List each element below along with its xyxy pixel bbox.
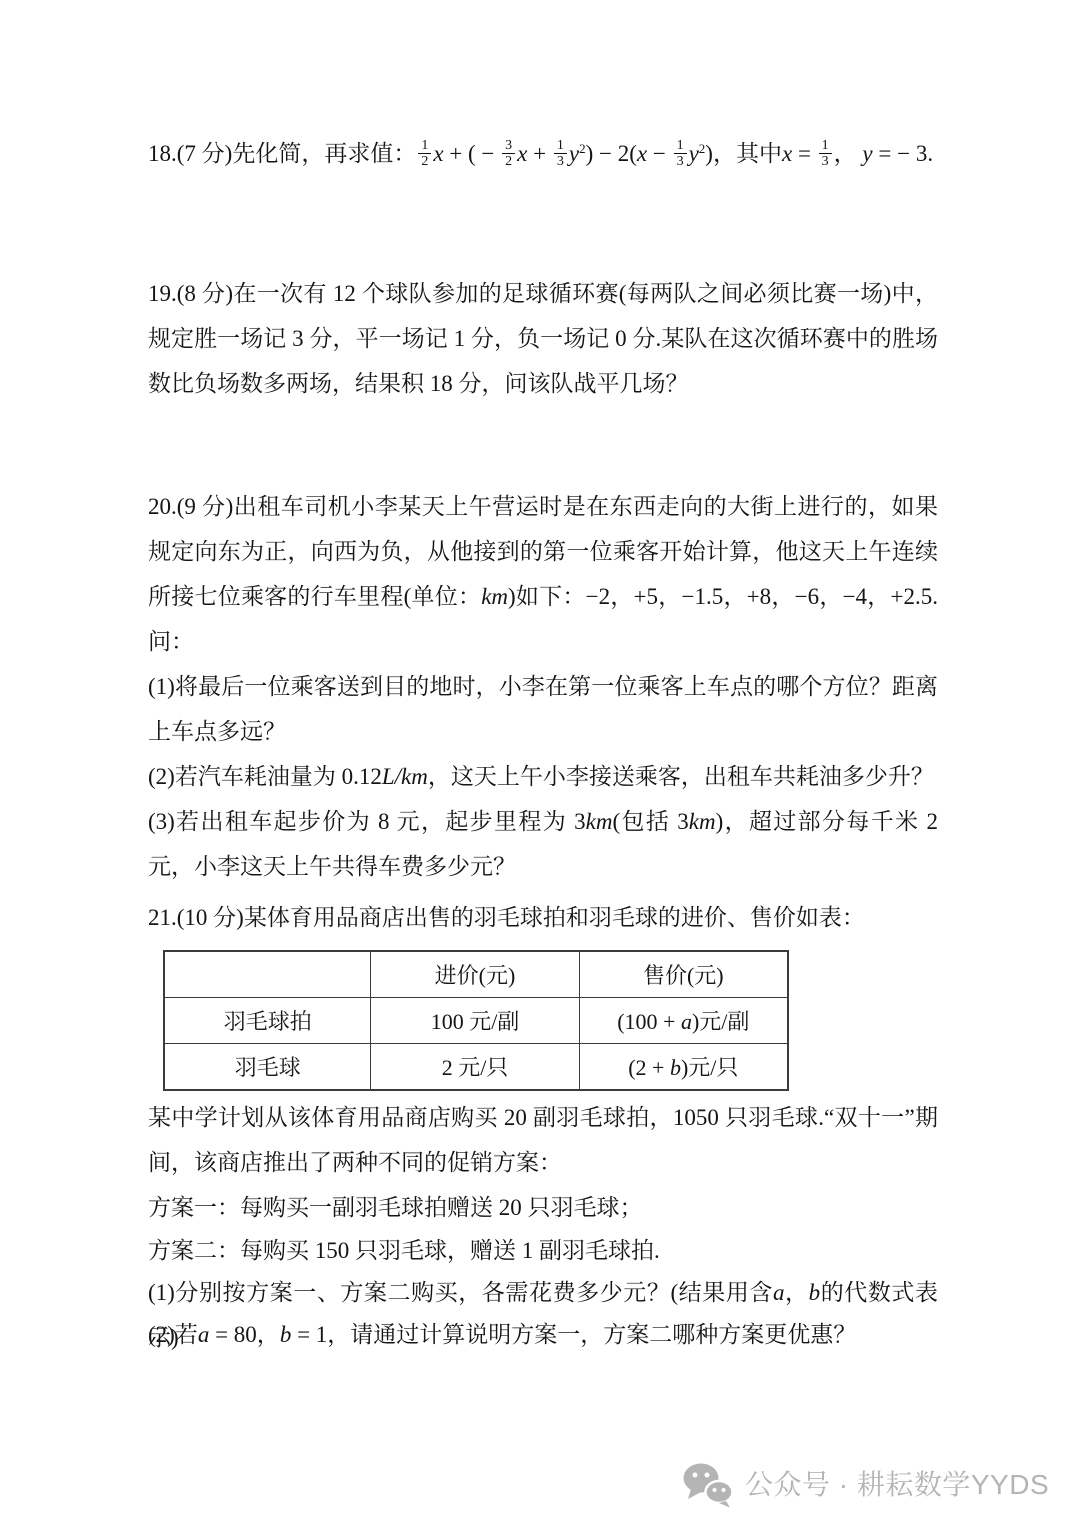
math-op: =: [792, 141, 816, 166]
table-header-row: 进价(元) 售价(元): [164, 951, 788, 998]
q20-part3: (3)若出租车起步价为 8 元，起步里程为 3km(包括 3km)，超过部分每千…: [148, 799, 938, 889]
math-var-km: km: [689, 809, 716, 834]
q21-part2: (2)若a = 80，b = 1，请通过计算说明方案一，方案二哪种方案更优惠？: [148, 1312, 938, 1357]
q20-part1-text: (1)将最后一位乘客送到目的地时，小李在第一位乘客上车点的哪个方位？距离上车点多…: [148, 674, 938, 744]
question-20: 20.(9 分)出租车司机小李某天上午营运时是在东西走向的大街上进行的，如果规定…: [148, 484, 938, 889]
math-var-a: a: [681, 1009, 692, 1034]
math-var-a: a: [198, 1322, 210, 1347]
math-op: ) − 2(: [586, 141, 637, 166]
footer-text: 公众号 · 耕耘数学YYDS: [745, 1462, 1049, 1508]
fraction-1-3: 13: [554, 138, 567, 170]
numerator: 3: [502, 138, 515, 154]
q21-part2-text: = 80，: [209, 1322, 279, 1347]
q21-plan1-text: 方案一：每购买一副羽毛球拍赠送 20 只羽毛球；: [148, 1195, 643, 1220]
math-var-x: x: [637, 141, 647, 166]
math-var-lkm: L/km: [382, 764, 428, 789]
row-shuttlecock-label: 羽毛球: [164, 1044, 371, 1091]
denominator: 2: [418, 153, 431, 170]
math-op: +: [527, 141, 551, 166]
q19-text: 19.(8 分)在一次有 12 个球队参加的足球循环赛(每两队之间必须比赛一场)…: [148, 281, 938, 396]
math-var-y: y: [689, 141, 699, 166]
fraction-1-3: 13: [674, 138, 687, 170]
table-row-shuttlecock: 羽毛球 2 元/只 (2 + b)元/只: [164, 1044, 788, 1091]
q18-prefix: 18.(7 分)先化简，再求值：: [148, 141, 416, 166]
denominator: 3: [554, 153, 567, 170]
math-var-y: y: [862, 141, 872, 166]
q21-part2-text: = 1，请通过计算说明方案一，方案二哪种方案更优惠？: [291, 1322, 856, 1347]
numerator: 1: [418, 138, 431, 154]
q20-part2: (2)若汽车耗油量为 0.12L/km，这天上午小李接送乘客，出租车共耗油多少升…: [148, 754, 938, 799]
sell-text: )元/副: [692, 1009, 749, 1034]
fraction-1-3: 13: [819, 138, 832, 170]
q21-part2-text: (2)若: [148, 1322, 198, 1347]
math-var-km: km: [481, 584, 508, 609]
q21-plan2: 方案二：每购买 150 只羽毛球，赠送 1 副羽毛球拍.: [148, 1228, 938, 1273]
numerator: 1: [674, 138, 687, 154]
math-op: )，其中: [705, 141, 782, 166]
question-18: 18.(7 分)先化简，再求值：12x + ( − 32x + 13y2) − …: [148, 131, 938, 176]
math-op: = − 3.: [873, 141, 933, 166]
q21-title-text: 21.(10 分)某体育用品商店出售的羽毛球拍和羽毛球的进价、售价如表：: [148, 905, 865, 930]
question-19: 19.(8 分)在一次有 12 个球队参加的足球循环赛(每两队之间必须比赛一场)…: [148, 271, 938, 406]
row-racket-cost: 100 元/副: [371, 998, 579, 1044]
q20-part2-text: (2)若汽车耗油量为 0.12: [148, 764, 382, 789]
sell-text: (2 +: [628, 1055, 670, 1080]
sell-text: (100 +: [617, 1009, 681, 1034]
q21-after-table: 某中学计划从该体育用品商店购买 20 副羽毛球拍，1050 只羽毛球.“双十一”…: [148, 1095, 938, 1185]
table-row-racket: 羽毛球拍 100 元/副 (100 + a)元/副: [164, 998, 788, 1044]
math-var-a: a: [773, 1280, 785, 1305]
table-header-empty-cell: [164, 951, 371, 998]
fraction-1-2: 12: [418, 138, 431, 170]
math-var-y: y: [569, 141, 579, 166]
math-var-km: km: [586, 809, 613, 834]
math-var-x: x: [433, 141, 443, 166]
row-shuttlecock-sell: (2 + b)元/只: [579, 1044, 788, 1091]
fraction-3-2: 32: [502, 138, 515, 170]
q21-part1-text: (1)分别按方案一、方案二购买，各需花费多少元？(结果用含: [148, 1280, 773, 1305]
row-racket-label: 羽毛球拍: [164, 998, 371, 1044]
price-table: 进价(元) 售价(元) 羽毛球拍 100 元/副 (100 + a)元/副 羽毛…: [163, 950, 789, 1091]
q20-part3-text: (包括 3: [612, 809, 688, 834]
numerator: 1: [554, 138, 567, 154]
math-var-x: x: [517, 141, 527, 166]
q20-part2-text: ，这天上午小李接送乘客，出租车共耗油多少升？: [428, 764, 934, 789]
math-var-b: b: [280, 1322, 292, 1347]
denominator: 3: [819, 153, 832, 170]
q20-part1: (1)将最后一位乘客送到目的地时，小李在第一位乘客上车点的哪个方位？距离上车点多…: [148, 664, 938, 754]
denominator: 3: [674, 153, 687, 170]
math-var-b: b: [670, 1055, 681, 1080]
sell-text: )元/只: [681, 1055, 738, 1080]
question-21-title: 21.(10 分)某体育用品商店出售的羽毛球拍和羽毛球的进价、售价如表：: [148, 895, 938, 940]
q20-part3-text: (3)若出租车起步价为 8 元，起步里程为 3: [148, 809, 586, 834]
q21-plan1: 方案一：每购买一副羽毛球拍赠送 20 只羽毛球；: [148, 1185, 938, 1230]
math-op: ，: [834, 141, 863, 166]
q21-plan2-text: 方案二：每购买 150 只羽毛球，赠送 1 副羽毛球拍.: [148, 1238, 660, 1263]
table-header-cost: 进价(元): [371, 951, 579, 998]
row-racket-sell: (100 + a)元/副: [579, 998, 788, 1044]
exam-page: 18.(7 分)先化简，再求值：12x + ( − 32x + 13y2) − …: [0, 0, 1080, 1527]
math-var-x: x: [782, 141, 792, 166]
wechat-icon: [681, 1462, 735, 1508]
math-var-b: b: [809, 1280, 821, 1305]
footer: 公众号 · 耕耘数学YYDS: [681, 1462, 1049, 1508]
math-op: + ( −: [444, 141, 501, 166]
row-shuttlecock-cost: 2 元/只: [371, 1044, 579, 1091]
table-header-sell: 售价(元): [579, 951, 788, 998]
q21-part1-text: ，: [784, 1280, 808, 1305]
q21-after-table-text: 某中学计划从该体育用品商店购买 20 副羽毛球拍，1050 只羽毛球.“双十一”…: [148, 1105, 938, 1175]
numerator: 1: [819, 138, 832, 154]
math-op: −: [647, 141, 671, 166]
q20-intro: 20.(9 分)出租车司机小李某天上午营运时是在东西走向的大街上进行的，如果规定…: [148, 484, 938, 664]
denominator: 2: [502, 153, 515, 170]
